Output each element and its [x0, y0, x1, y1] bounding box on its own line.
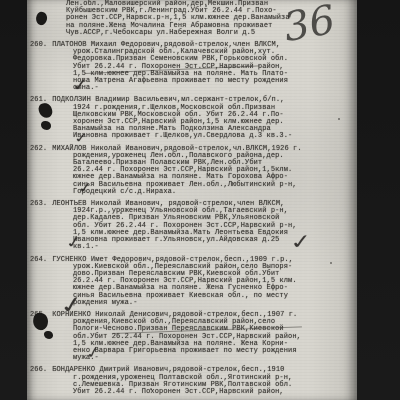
entry: 266.БОНДАРЕНКО Дмитрий Иванович,рядовой-…: [73, 367, 400, 396]
entry-line: сына.-: [73, 85, 400, 92]
checkmark-icon: ✓: [77, 181, 94, 196]
entry-line: кв.1.-: [73, 244, 400, 251]
checkmark-icon: ✓: [58, 292, 86, 318]
handwritten-page-number: 36: [281, 0, 338, 48]
entry-line: нова Матрена Агафьевна проживает по мест…: [73, 78, 400, 85]
entry-number: 263.: [30, 200, 52, 208]
entry-line: Чув.АССР,г.Чебоксары ул.Набережная Волги…: [66, 30, 400, 37]
entry: Лен.обл.,Маловишерский район,дер.Мекшин.…: [66, 1, 400, 37]
entry-line: Ивановна проживает г.Ульяновск,ул.Айдовс…: [73, 237, 400, 244]
entry-line: Городецкий с/с.д.Нираха.: [73, 189, 400, 196]
entry: 265.КОРНИЕНКО Николай Денисович,рядовой-…: [73, 312, 400, 362]
scanned-document-page: Лен.обл.,Маловишерский район,дер.Мекшин.…: [0, 0, 400, 400]
paper-speck: [338, 118, 340, 120]
entry: 262.МИХАЙЛОВ Николай Иванович,рядовой-ст…: [73, 146, 400, 196]
entry-line: Убит 26.2.44 г. Похоронен Эст.ССР,Нарвск…: [73, 389, 400, 396]
entry-line: мужа.-: [73, 355, 400, 362]
entry-number: 260.: [30, 41, 52, 49]
ink-blot: [44, 331, 53, 339]
paper-speck: [120, 212, 122, 214]
entry-line: Ивановна проживает г.Щелков,ул.Свердлова…: [73, 133, 400, 140]
entry: 264.ГУСНЕНКО Имет Федорович,рядовой-стре…: [73, 257, 400, 307]
entries: Лен.обл.,Маловишерский район,дер.Мекшин.…: [0, 1, 400, 400]
entry-line: енко Варвара Григорьевна проживает по ме…: [73, 348, 400, 355]
entry: 263.ЛЕОНТЬЕВ Николай Иванович, рядовой-с…: [73, 201, 400, 251]
entry-number: 262.: [30, 145, 52, 153]
checkmark-icon: ✓: [71, 77, 90, 95]
checkmark-icon: ✓: [65, 235, 83, 252]
checkmark-icon: ✓: [73, 131, 88, 145]
paper-speck: [330, 262, 332, 264]
paper-speck: [205, 5, 207, 7]
checkmark-icon: ✓: [289, 232, 313, 254]
entry-line: рождения мужа.-: [73, 300, 400, 307]
paper-speck: [150, 388, 152, 390]
entry-number: 266.: [30, 366, 52, 374]
entry: 261.ПОДКОЛЗИН Владимир Васильевич,мл.сер…: [73, 97, 400, 140]
ink-blot: [41, 121, 51, 130]
entry-number: 264.: [30, 256, 52, 264]
